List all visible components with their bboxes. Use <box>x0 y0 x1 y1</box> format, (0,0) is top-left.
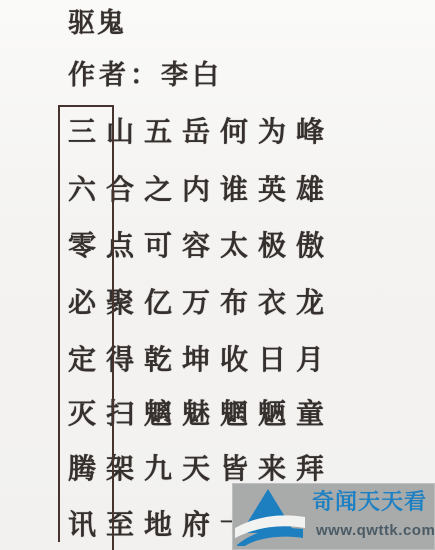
poem-line: 腾架九天皆来拜 <box>68 455 334 483</box>
poem-title: 驱鬼 <box>68 10 126 37</box>
site-watermark: 奇闻天天看 www.qwttk.com <box>232 483 435 550</box>
annotation-box-left-edge <box>58 105 60 542</box>
poem-line: 定得乾坤收日月 <box>68 346 334 374</box>
poem-line: 讯至地府十 <box>68 511 258 539</box>
poem-line: 必聚亿万布衣龙 <box>68 289 334 317</box>
document-page: 驱鬼 作者：李白 三山五岳何为峰 六合之内谁英雄 零点可容太极傲 必聚亿万布衣龙… <box>0 0 435 550</box>
annotation-box-top-edge <box>58 105 114 107</box>
annotation-box-right-edge <box>112 105 114 550</box>
watermark-site-url: www.qwttk.com <box>316 523 435 538</box>
poem-line: 六合之内谁英雄 <box>68 176 334 204</box>
poem-line: 灭扫魑魅魍魉童 <box>68 400 334 428</box>
mountain-swoosh-logo-icon <box>235 487 305 547</box>
watermark-site-name: 奇闻天天看 <box>312 491 427 513</box>
poem-line: 零点可容太极傲 <box>68 232 334 260</box>
poem-author-line: 作者：李白 <box>68 62 223 89</box>
poem-line: 三山五岳何为峰 <box>68 118 334 146</box>
